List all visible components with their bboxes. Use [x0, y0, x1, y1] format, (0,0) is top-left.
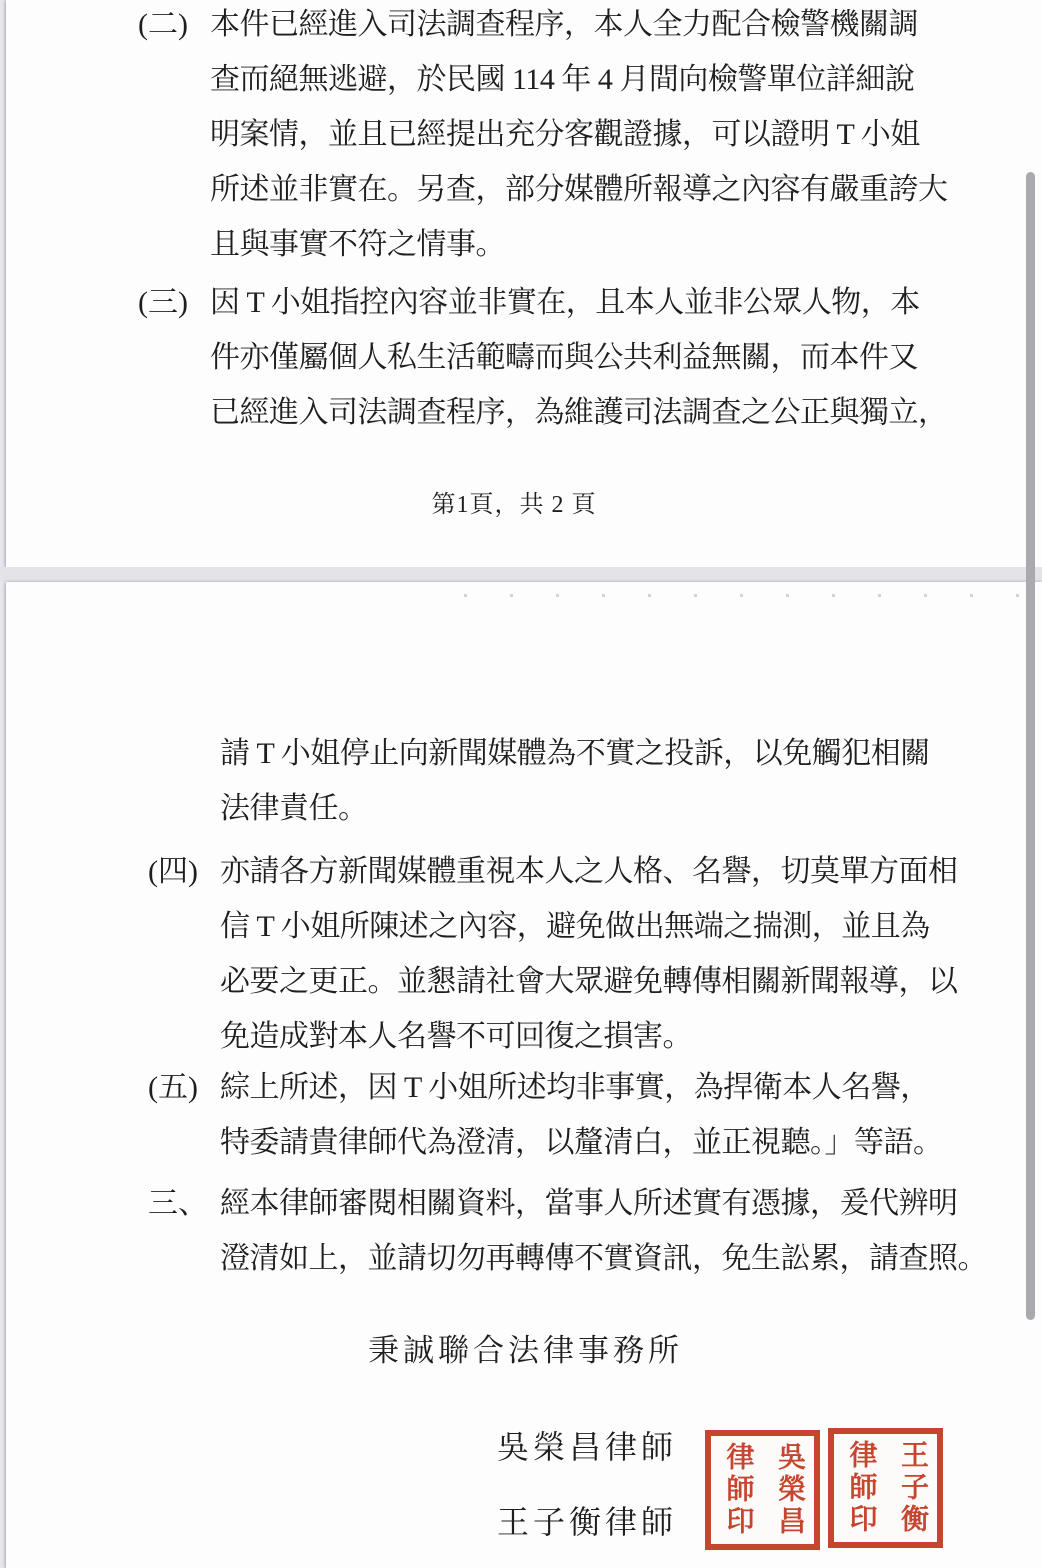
paragraph-line: (四)亦請各方新聞媒體重視本人之人格、名譽，切莫單方面相	[148, 844, 958, 899]
text-line: 本件已經進入司法調查程序，本人全力配合檢警機關調	[210, 8, 918, 41]
page-1: 第1頁，共 2 頁 (二)本件已經進入司法調查程序，本人全力配合檢警機關調查而絕…	[6, 0, 1042, 567]
paragraph-line: 已經進入司法調查程序，為維護司法調查之公正與獨立，	[138, 385, 948, 440]
page-number: 第1頁，共 2 頁	[6, 484, 1022, 519]
seal-text-column: 吳榮昌	[763, 1442, 815, 1538]
paragraph: (四)亦請各方新聞媒體重視本人之人格、名譽，切莫單方面相信 T 小姐所陳述之內容…	[148, 844, 958, 1064]
text-line: 特委請貴律師代為澄清，以釐清白，並正視聽。」等語。	[220, 1126, 943, 1159]
list-marker: (四)	[148, 844, 198, 899]
paragraph: 請 T 小姐停止向新聞媒體為不實之投訴，以免觸犯相關法律責任。	[148, 726, 930, 836]
paragraph: (三)因 T 小姐指控內容並非實在，且本人並非公眾人物，本件亦僅屬個人私生活範疇…	[138, 275, 948, 440]
text-line: 查而絕無逃避，於民國 114 年 4 月間向檢警單位詳細說	[210, 63, 914, 96]
lawyer-signature: 吳榮昌律師	[497, 1427, 677, 1467]
seal-text-column: 王子衡	[886, 1440, 938, 1536]
page-2: 秉誠聯合法律事務所 吳榮昌律師 王子衡律師 律師印 吳榮昌 律師印 王子衡 請 …	[6, 582, 1042, 1568]
text-line: 請 T 小姐停止向新聞媒體為不實之投訴，以免觸犯相關	[220, 737, 930, 770]
paragraph-line: 請 T 小姐停止向新聞媒體為不實之投訴，以免觸犯相關	[148, 726, 930, 781]
paragraph-line: 信 T 小姐所陳述之內容，避免做出無端之揣測，並且為	[148, 899, 958, 954]
text-line: 信 T 小姐所陳述之內容，避免做出無端之揣測，並且為	[220, 910, 930, 943]
text-line: 明案情，並且已經提出充分客觀證據，可以證明 T 小姐	[210, 118, 920, 151]
paragraph: (二)本件已經進入司法調查程序，本人全力配合檢警機關調查而絕無逃避，於民國 11…	[138, 0, 948, 272]
text-line: 已經進入司法調查程序，為維護司法調查之公正與獨立，	[210, 396, 948, 429]
paragraph-line: 必要之更正。並懇請社會大眾避免轉傳相關新聞報導，以	[148, 954, 958, 1009]
paragraph-line: (二)本件已經進入司法調查程序，本人全力配合檢警機關調	[138, 0, 948, 52]
paragraph-line: 法律責任。	[148, 781, 930, 836]
paragraph-line: (三)因 T 小姐指控內容並非實在，且本人並非公眾人物，本	[138, 275, 948, 330]
paragraph-line: 且與事實不符之情事。	[138, 217, 948, 272]
text-line: 免造成對本人名譽不可回復之損害。	[220, 1020, 692, 1053]
text-line: 且與事實不符之情事。	[210, 228, 505, 261]
paragraph-line: 所述並非實在。另查，部分媒體所報導之內容有嚴重誇大	[138, 162, 948, 217]
list-marker: (三)	[138, 275, 188, 330]
lawyer-signature: 王子衡律師	[497, 1502, 677, 1542]
firm-name: 秉誠聯合法律事務所	[368, 1330, 683, 1372]
scan-artifact	[464, 594, 1042, 597]
paragraph-line: 澄清如上，並請切勿再轉傳不實資訊，免生訟累，請查照。	[148, 1231, 987, 1286]
paragraph: 三、經本律師審閱相關資料，當事人所述實有憑據，爰代辨明澄清如上，並請切勿再轉傳不…	[148, 1176, 987, 1286]
text-line: 所述並非實在。另查，部分媒體所報導之內容有嚴重誇大	[210, 173, 948, 206]
text-line: 法律責任。	[220, 792, 368, 825]
text-line: 經本律師審閱相關資料，當事人所述實有憑據，爰代辨明	[220, 1187, 958, 1220]
scrollbar-thumb[interactable]	[1026, 172, 1035, 1320]
text-line: 必要之更正。並懇請社會大眾避免轉傳相關新聞報導，以	[220, 965, 958, 998]
list-marker: (五)	[148, 1060, 198, 1115]
page-gap	[0, 567, 1042, 582]
paragraph-line: 明案情，並且已經提出充分客觀證據，可以證明 T 小姐	[138, 107, 948, 162]
lawyer-seal: 律師印 王子衡	[828, 1428, 943, 1548]
paragraph-line: 免造成對本人名譽不可回復之損害。	[148, 1009, 958, 1064]
paragraph-line: 件亦僅屬個人私生活範疇而與公共利益無關，而本件又	[138, 330, 948, 385]
lawyer-seal: 律師印 吳榮昌	[705, 1430, 820, 1550]
list-marker: 三、	[148, 1176, 208, 1231]
paragraph: (五)綜上所述，因 T 小姐所述均非事實，為捍衛本人名譽，特委請貴律師代為澄清，…	[148, 1060, 943, 1170]
seal-text-column: 律師印	[834, 1440, 886, 1536]
text-line: 亦請各方新聞媒體重視本人之人格、名譽，切莫單方面相	[220, 855, 958, 888]
paragraph-line: (五)綜上所述，因 T 小姐所述均非事實，為捍衛本人名譽，	[148, 1060, 943, 1115]
paragraph-line: 三、經本律師審閱相關資料，當事人所述實有憑據，爰代辨明	[148, 1176, 987, 1231]
paragraph-line: 查而絕無逃避，於民國 114 年 4 月間向檢警單位詳細說	[138, 52, 948, 107]
seal-text-column: 律師印	[711, 1442, 763, 1538]
list-marker: (二)	[138, 0, 188, 52]
text-line: 因 T 小姐指控內容並非實在，且本人並非公眾人物，本	[210, 286, 920, 319]
paragraph-line: 特委請貴律師代為澄清，以釐清白，並正視聽。」等語。	[148, 1115, 943, 1170]
text-line: 綜上所述，因 T 小姐所述均非事實，為捍衛本人名譽，	[220, 1071, 930, 1104]
text-line: 澄清如上，並請切勿再轉傳不實資訊，免生訟累，請查照。	[220, 1242, 987, 1275]
text-line: 件亦僅屬個人私生活範疇而與公共利益無關，而本件又	[210, 341, 918, 374]
